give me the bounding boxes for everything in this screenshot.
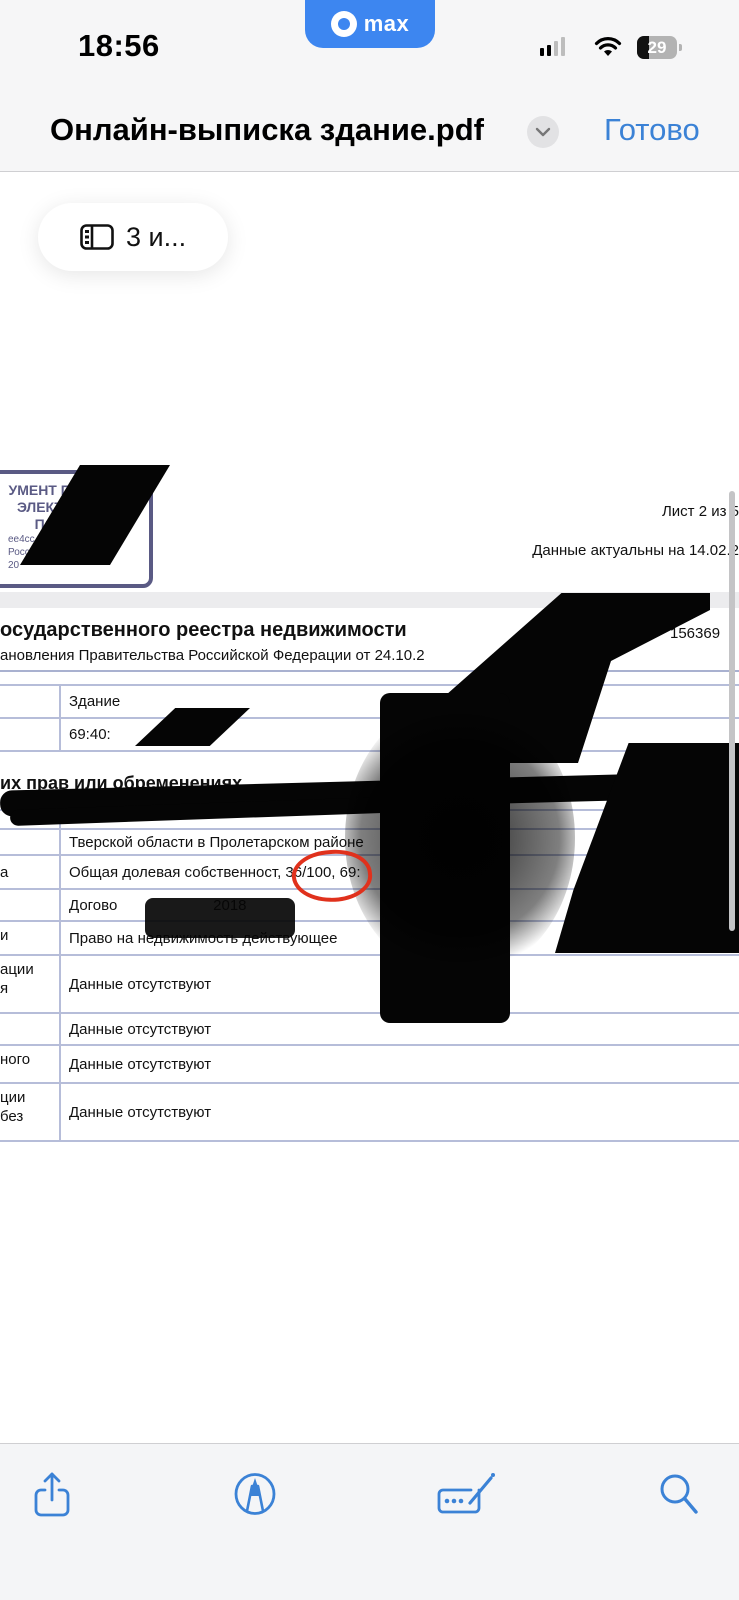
document-number: 156369	[670, 625, 720, 642]
wifi-icon	[594, 36, 622, 58]
row-value: Данные отсутствуют	[60, 1083, 739, 1141]
cellular-signal-icon	[540, 37, 565, 56]
divider	[0, 670, 739, 672]
row-value: Данные отсутствуют	[60, 1045, 739, 1083]
scrollbar[interactable]	[729, 491, 735, 931]
signature-icon	[435, 1472, 499, 1516]
document-heading: осударственного реестра недвижимости	[0, 619, 407, 642]
nav-bar: Онлайн-выписка здание.pdf Готово	[0, 90, 739, 172]
markup-icon	[233, 1472, 277, 1516]
fill-and-sign-button[interactable]	[432, 1464, 502, 1524]
row-label: и	[0, 921, 60, 955]
dynamic-island[interactable]: max	[305, 0, 435, 48]
pdf-viewer[interactable]: УМЕНТ ПОД ЭЛЕКТРО ПОД ee4cc Росси 20 Лис…	[0, 173, 739, 1443]
pdf-page: УМЕНТ ПОД ЭЛЕКТРО ПОД ee4cc Росси 20 Лис…	[0, 173, 739, 1443]
document-title[interactable]: Онлайн-выписка здание.pdf	[50, 112, 484, 148]
battery-level: 29	[637, 36, 677, 59]
row-label	[0, 718, 60, 751]
pages-label: 3 и...	[126, 222, 186, 253]
row-label	[0, 829, 60, 855]
markup-button[interactable]	[225, 1464, 285, 1524]
row-label	[0, 1013, 60, 1045]
island-app-label: max	[364, 11, 410, 37]
table-row: Здание	[0, 685, 739, 718]
bottom-toolbar	[0, 1443, 739, 1600]
pages-button[interactable]: 3 и...	[38, 203, 228, 271]
title-menu-button[interactable]	[527, 116, 559, 148]
search-button[interactable]	[650, 1464, 710, 1524]
max-app-icon	[331, 11, 357, 37]
sidebar-thumbnails-icon	[80, 224, 114, 250]
chevron-down-icon	[535, 125, 551, 139]
share-button[interactable]	[22, 1464, 82, 1524]
row-label: ного	[0, 1045, 60, 1083]
done-button[interactable]: Готово	[604, 112, 700, 148]
search-icon	[658, 1472, 702, 1516]
row-label	[0, 685, 60, 718]
status-bar: 18:56 max 29	[0, 0, 739, 90]
share-icon	[32, 1470, 72, 1518]
battery-icon: 29	[637, 36, 681, 59]
actuality-label: Данные актуальны на 14.02.2	[532, 542, 739, 559]
smudge-mark	[345, 698, 575, 978]
status-time: 18:56	[78, 28, 160, 64]
sheet-label: Лист 2 из 5	[662, 503, 739, 520]
row-label: а	[0, 855, 60, 889]
redaction-mark	[145, 898, 295, 938]
document-subtitle: ановления Правительства Российской Федер…	[0, 647, 425, 664]
row-label: ации я	[0, 955, 60, 1013]
object-table: Здание 69:40:	[0, 684, 739, 752]
row-label: ции без	[0, 1083, 60, 1141]
row-label	[0, 889, 60, 921]
